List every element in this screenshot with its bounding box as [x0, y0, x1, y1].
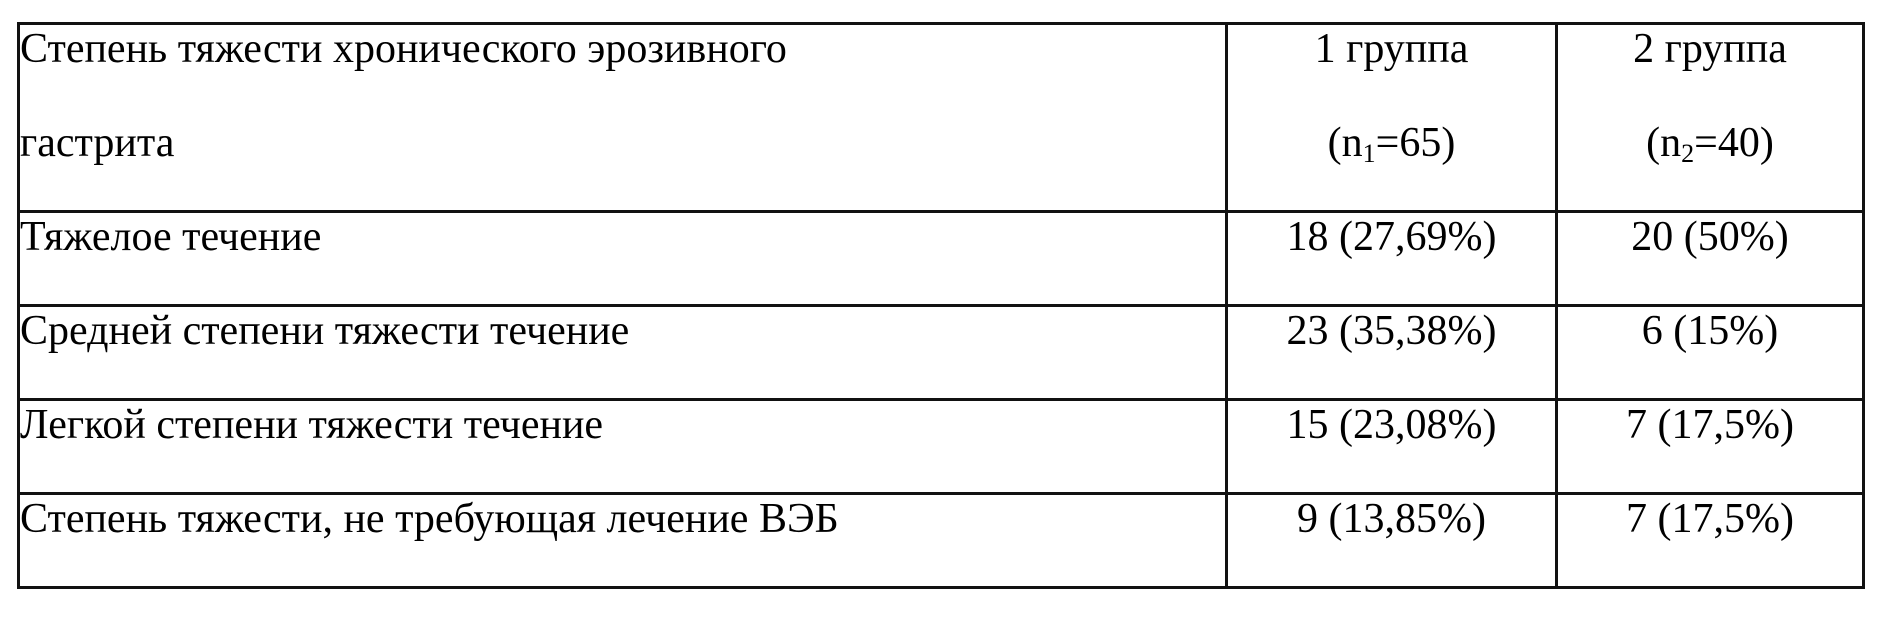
group-1-n: (n1=65): [1228, 119, 1555, 167]
group-2-value: 7 (17,5%): [1557, 494, 1864, 588]
group-1-value: 9 (13,85%): [1227, 494, 1557, 588]
group-1-n-subscript: 1: [1363, 139, 1376, 168]
table-header-row: Степень тяжести хронического эрозивного …: [19, 24, 1864, 212]
group-1-value: 15 (23,08%): [1227, 400, 1557, 494]
group-1-n-prefix: (n: [1328, 120, 1363, 166]
group-2-n: (n2=40): [1558, 119, 1862, 167]
header-label-line-2: гастрита: [20, 119, 1225, 167]
severity-table: Степень тяжести хронического эрозивного …: [17, 22, 1865, 589]
group-2-value: 6 (15%): [1557, 306, 1864, 400]
group-1-value: 23 (35,38%): [1227, 306, 1557, 400]
table-row: Легкой степени тяжести течение 15 (23,08…: [19, 400, 1864, 494]
row-label: Легкой степени тяжести течение: [19, 400, 1227, 494]
header-group-2: 2 группа (n2=40): [1557, 24, 1864, 212]
header-group-1: 1 группа (n1=65): [1227, 24, 1557, 212]
header-severity-label: Степень тяжести хронического эрозивного …: [19, 24, 1227, 212]
group-2-value: 20 (50%): [1557, 212, 1864, 306]
header-label-line-1: Степень тяжести хронического эрозивного: [20, 25, 1225, 73]
group-2-value: 7 (17,5%): [1557, 400, 1864, 494]
table-row: Степень тяжести, не требующая лечение ВЭ…: [19, 494, 1864, 588]
group-2-n-suffix: =40): [1694, 120, 1774, 166]
row-label: Степень тяжести, не требующая лечение ВЭ…: [19, 494, 1227, 588]
group-2-n-prefix: (n: [1646, 120, 1681, 166]
row-label: Тяжелое течение: [19, 212, 1227, 306]
group-2-title: 2 группа: [1558, 25, 1862, 73]
table-row: Средней степени тяжести течение 23 (35,3…: [19, 306, 1864, 400]
group-1-title: 1 группа: [1228, 25, 1555, 73]
group-1-value: 18 (27,69%): [1227, 212, 1557, 306]
group-1-n-suffix: =65): [1376, 120, 1456, 166]
group-2-n-subscript: 2: [1681, 139, 1694, 168]
row-label: Средней степени тяжести течение: [19, 306, 1227, 400]
table-row: Тяжелое течение 18 (27,69%) 20 (50%): [19, 212, 1864, 306]
